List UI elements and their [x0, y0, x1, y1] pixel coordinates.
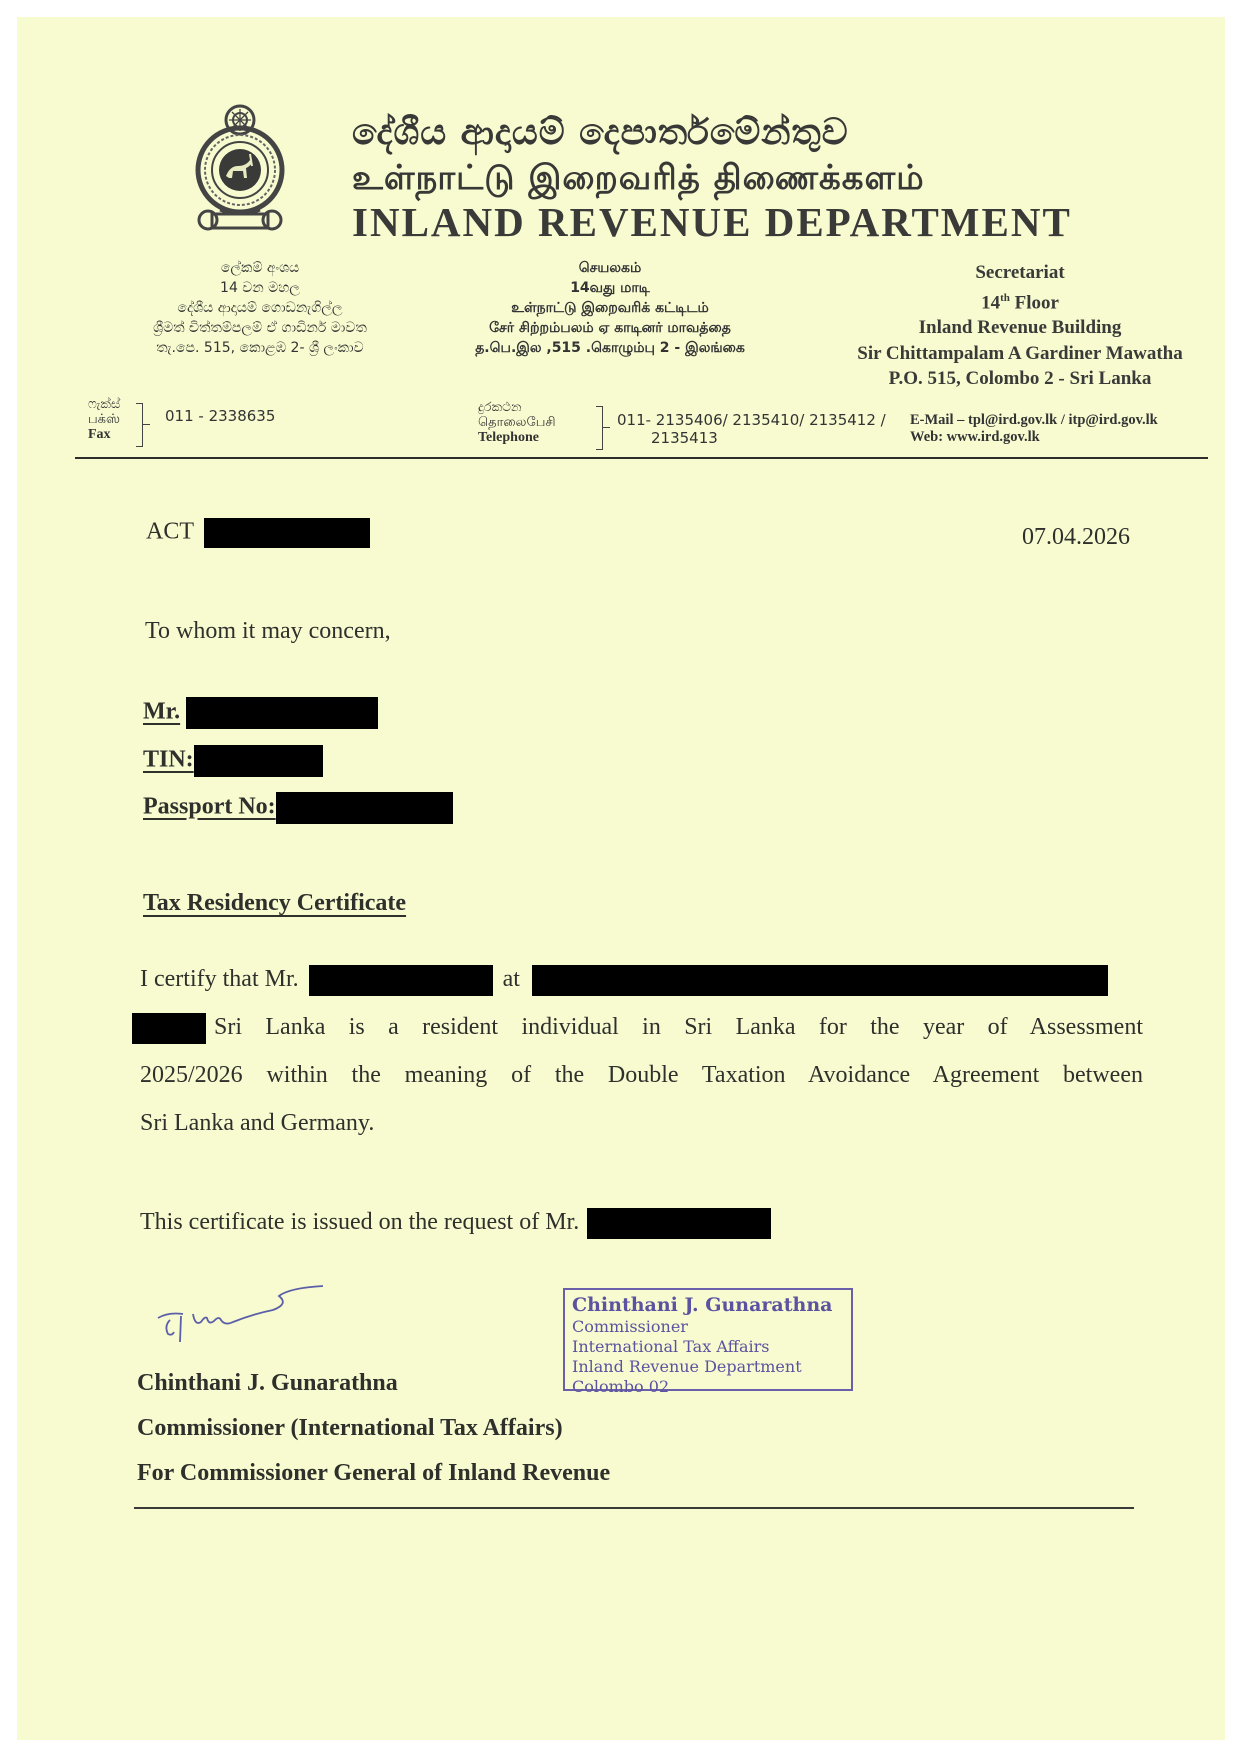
telephone-numbers: 011- 2135406/ 2135410/ 2135412 / 2135413: [617, 411, 886, 447]
address-line: சேர் சிற்றம்பலம் ஏ காடினர் மாவத்தை: [420, 318, 800, 338]
stamp-line: Inland Revenue Department: [572, 1357, 851, 1377]
signatory-name: Chinthani J. Gunarathna: [137, 1370, 398, 1397]
certificate-paragraph-line: Sri Lanka is a resident individual in Sr…: [140, 1013, 1143, 1044]
address-line-floor: 14th Floor: [820, 286, 1220, 316]
sri-lanka-emblem-icon: [190, 102, 290, 242]
address-line: 14 වන මහල: [110, 278, 410, 298]
bracket-icon: [596, 406, 603, 450]
fax-number: 011 - 2338635: [165, 407, 275, 425]
bracket-tick: [603, 427, 610, 428]
stamp-line: International Tax Affairs: [572, 1337, 851, 1357]
address-line: ශ්‍රීමත් චිත්තම්පලම් ඒ ගාඩිනර් මාවත: [110, 318, 410, 338]
signatory-title: Commissioner (International Tax Affairs): [137, 1415, 563, 1442]
department-title-sinhala: දේශීය ආදායම් දෙපාර්තමේන්තුව: [352, 112, 849, 154]
redacted-block: [204, 518, 370, 548]
address-line: ලේකම් අංශය: [110, 258, 410, 278]
recipient-tin: TIN:: [143, 745, 323, 777]
address-english: Secretariat 14th Floor Inland Revenue Bu…: [820, 260, 1220, 392]
fax-label-english: Fax: [88, 427, 120, 442]
telephone-labels: දුරකථන தொலைபேசி Telephone: [478, 400, 556, 445]
email-line: E-Mail – tpl@ird.gov.lk / itp@ird.gov.lk: [910, 412, 1158, 429]
recipient-passport: Passport No:: [143, 792, 453, 824]
request-line: This certificate is issued on the reques…: [140, 1208, 771, 1239]
handwritten-signature-icon: [148, 1278, 358, 1348]
redacted-block: [186, 697, 378, 729]
redacted-block: [587, 1208, 771, 1239]
recipient-name: Mr.: [143, 697, 378, 729]
redacted-block: [309, 965, 493, 996]
stamp-line: Commissioner: [572, 1317, 851, 1337]
letter-date: 07.04.2026: [1022, 524, 1130, 551]
salutation: To whom it may concern,: [145, 618, 391, 645]
address-line: த.பெ.இல ,515 .கொழும்பு 2 - இலங்கை: [420, 338, 800, 358]
address-line: දේශීය ආදායම් ගොඩනැගිල්ල: [110, 298, 410, 318]
telephone-label-tamil: தொலைபேசி: [478, 415, 556, 430]
stamp-line: Colombo 02: [572, 1377, 851, 1397]
fax-labels: ෆැක්ස් பக்ஸ் Fax: [88, 397, 120, 442]
fax-label-tamil: பக்ஸ்: [88, 412, 120, 427]
address-line: 14வது மாடி: [420, 278, 800, 298]
tin-label: TIN:: [143, 747, 194, 773]
reference-number: ACT: [146, 518, 370, 548]
telephone-label-sinhala: දුරකථන: [478, 400, 556, 415]
mr-label: Mr.: [143, 699, 180, 725]
certificate-paragraph-line: 2025/2026 within the meaning of the Doub…: [140, 1062, 1143, 1089]
address-line: Secretariat: [820, 260, 1220, 286]
reference-prefix: ACT: [146, 519, 194, 545]
signatory-on-behalf: For Commissioner General of Inland Reven…: [137, 1460, 610, 1487]
address-line: Sir Chittampalam A Gardiner Mawatha: [820, 341, 1220, 367]
fax-label-sinhala: ෆැක්ස්: [88, 397, 120, 412]
address-line: Inland Revenue Building: [820, 315, 1220, 341]
department-title-english: INLAND REVENUE DEPARTMENT: [352, 198, 1072, 246]
address-line: තැ.පෙ. 515, කොළඹ 2- ශ්‍රී ලංකාව: [110, 338, 410, 358]
address-line: உள்நாட்டு இறைவரிக் கட்டிடம்: [420, 298, 800, 318]
footer-divider: [134, 1507, 1134, 1509]
bracket-tick: [143, 424, 150, 425]
certificate-subject: Tax Residency Certificate: [143, 890, 406, 917]
bracket-icon: [136, 403, 143, 447]
letterhead-divider: [75, 457, 1208, 459]
address-sinhala: ලේකම් අංශය 14 වන මහල දේශීය ආදායම් ගොඩනැග…: [110, 258, 410, 358]
redacted-block: [194, 745, 323, 777]
redacted-block: [132, 1013, 206, 1044]
redacted-block: [276, 792, 453, 824]
stamp-name: Chinthani J. Gunarathna: [572, 1294, 851, 1317]
certificate-paragraph-line: Sri Lanka and Germany.: [140, 1110, 1140, 1137]
department-title-tamil: உள்நாட்டு இறைவரித் திணைக்களம்: [352, 158, 925, 202]
contact-email-web: E-Mail – tpl@ird.gov.lk / itp@ird.gov.lk…: [910, 412, 1158, 446]
certificate-paragraph-line: I certify that Mr. at: [140, 965, 1140, 996]
address-line: P.O. 515, Colombo 2 - Sri Lanka: [820, 366, 1220, 392]
official-stamp: Chinthani J. Gunarathna Commissioner Int…: [563, 1288, 853, 1391]
web-line: Web: www.ird.gov.lk: [910, 429, 1158, 446]
passport-label: Passport No:: [143, 794, 276, 820]
redacted-block: [532, 965, 1108, 996]
address-tamil: செயலகம் 14வது மாடி உள்நாட்டு இறைவரிக் கட…: [420, 258, 800, 358]
address-line: செயலகம்: [420, 258, 800, 278]
telephone-label-english: Telephone: [478, 430, 556, 445]
